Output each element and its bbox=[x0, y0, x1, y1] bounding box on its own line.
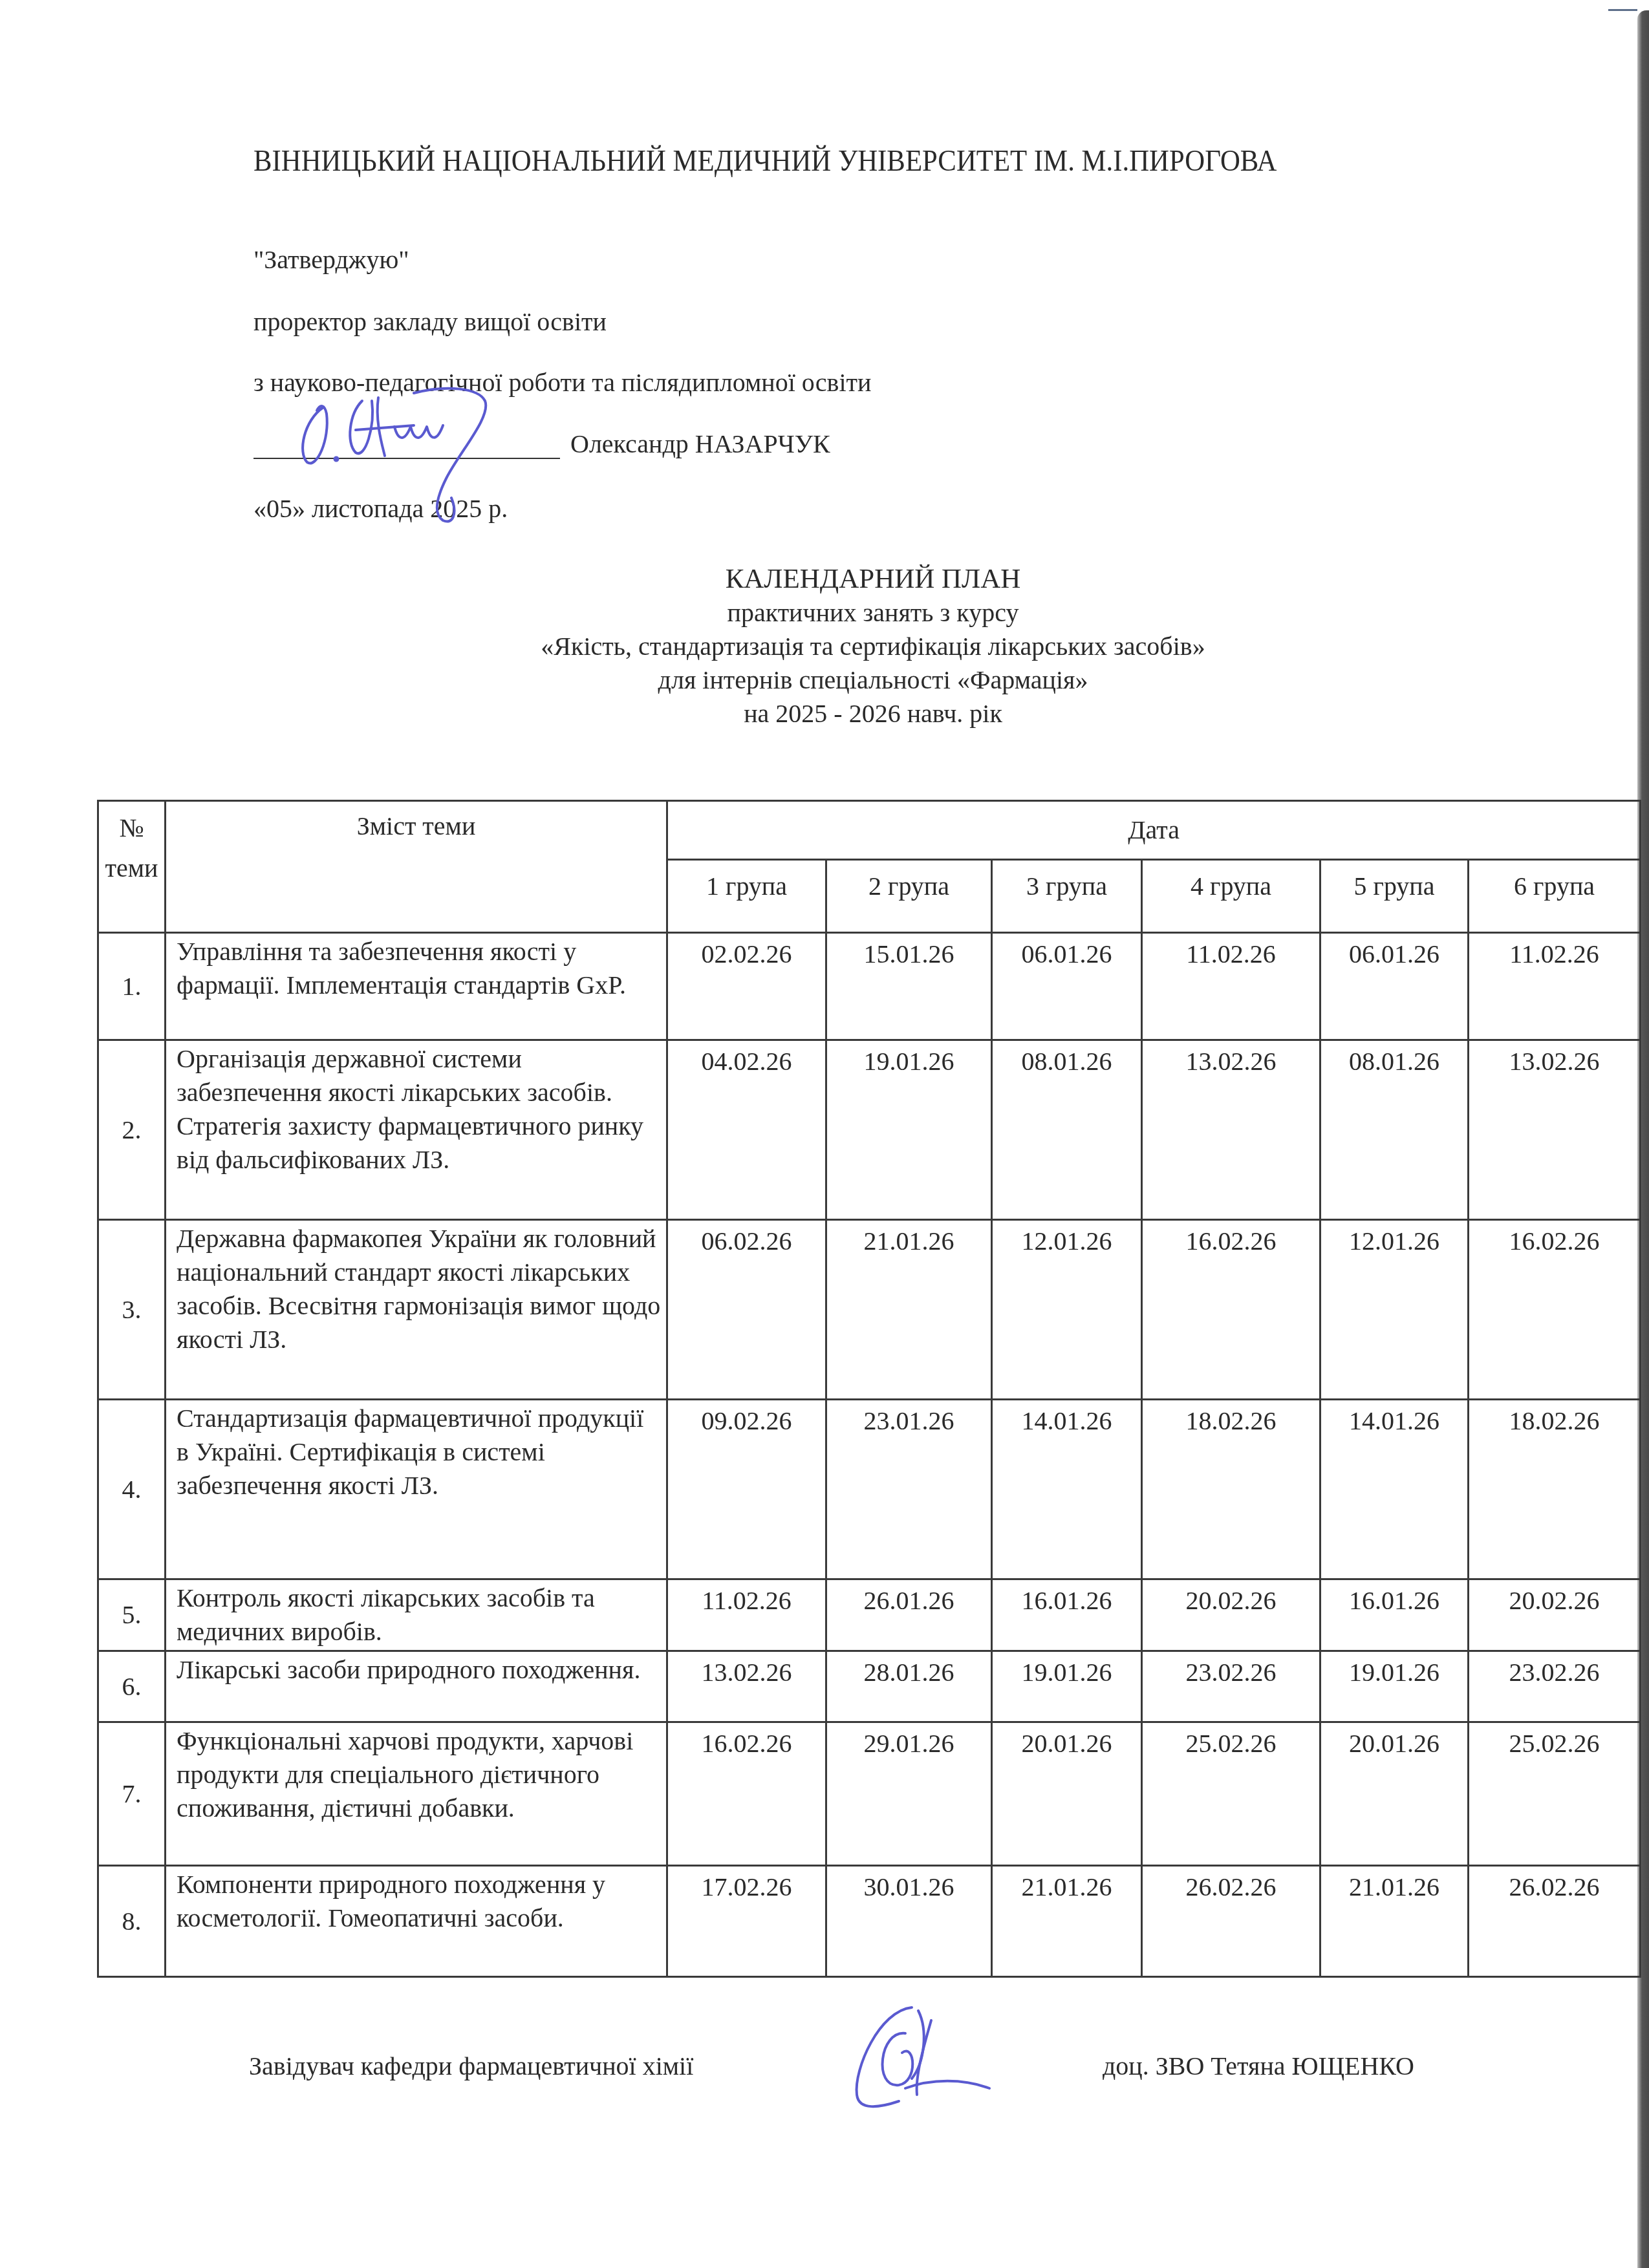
document-subtitle: практичних занять з курсу bbox=[420, 596, 1326, 630]
date-group-4: 18.02.26 bbox=[1142, 1400, 1320, 1579]
date-group-5: 19.01.26 bbox=[1320, 1651, 1469, 1722]
table-row: 6.Лікарські засоби природного походження… bbox=[98, 1651, 1641, 1722]
header-topic-number: № теми bbox=[98, 801, 166, 933]
academic-year: на 2025 - 2026 навч. рік bbox=[420, 697, 1326, 731]
footer-position: Завідувач кафедри фармацевтичної хімії bbox=[249, 2051, 693, 2081]
date-group-4: 13.02.26 bbox=[1142, 1040, 1320, 1220]
date-group-4: 20.02.26 bbox=[1142, 1579, 1320, 1651]
topic-number: 1. bbox=[98, 933, 166, 1040]
topic-number: 7. bbox=[98, 1722, 166, 1866]
date-group-6: 23.02.26 bbox=[1469, 1651, 1641, 1722]
header-group-4: 4 група bbox=[1142, 860, 1320, 933]
date-group-6: 18.02.26 bbox=[1469, 1400, 1641, 1579]
document-title-block: КАЛЕНДАРНИЙ ПЛАН практичних занять з кур… bbox=[420, 562, 1326, 731]
date-group-6: 13.02.26 bbox=[1469, 1040, 1641, 1220]
header-group-1: 1 група bbox=[667, 860, 826, 933]
topic-content: Функціональні харчові продукти, харчові … bbox=[166, 1722, 667, 1866]
table-row: 5.Контроль якості лікарських засобів та … bbox=[98, 1579, 1641, 1651]
table-row: 3.Державна фармакопея України як головни… bbox=[98, 1220, 1641, 1400]
topic-content: Контроль якості лікарських засобів та ме… bbox=[166, 1579, 667, 1651]
date-group-6: 20.02.26 bbox=[1469, 1579, 1641, 1651]
approver-name: Олександр НАЗАРЧУК bbox=[570, 429, 830, 459]
date-group-2: 30.01.26 bbox=[826, 1866, 992, 1977]
date-group-4: 11.02.26 bbox=[1142, 933, 1320, 1040]
date-group-1: 16.02.26 bbox=[667, 1722, 826, 1866]
header-group-5: 5 група bbox=[1320, 860, 1469, 933]
course-name: «Якість, стандартизація та сертифікація … bbox=[420, 630, 1326, 663]
date-group-3: 16.01.26 bbox=[992, 1579, 1142, 1651]
university-name-text: ВІННИЦЬКИЙ НАЦІОНАЛЬНИЙ МЕДИЧНИЙ УНІВЕРС… bbox=[253, 144, 1277, 178]
date-group-2: 15.01.26 bbox=[826, 933, 992, 1040]
topic-number: 4. bbox=[98, 1400, 166, 1579]
topic-number: 2. bbox=[98, 1040, 166, 1220]
date-group-1: 09.02.26 bbox=[667, 1400, 826, 1579]
date-group-2: 19.01.26 bbox=[826, 1040, 992, 1220]
date-group-5: 12.01.26 bbox=[1320, 1220, 1469, 1400]
topic-content: Лікарські засоби природного походження. bbox=[166, 1651, 667, 1722]
document-title: КАЛЕНДАРНИЙ ПЛАН bbox=[420, 562, 1326, 596]
date-group-3: 21.01.26 bbox=[992, 1866, 1142, 1977]
date-group-6: 16.02.26 bbox=[1469, 1220, 1641, 1400]
date-group-2: 23.01.26 bbox=[826, 1400, 992, 1579]
topic-number: 5. bbox=[98, 1579, 166, 1651]
date-group-1: 04.02.26 bbox=[667, 1040, 826, 1220]
date-group-3: 06.01.26 bbox=[992, 933, 1142, 1040]
date-group-3: 20.01.26 bbox=[992, 1722, 1142, 1866]
topic-content: Організація державної системи забезпечен… bbox=[166, 1040, 667, 1220]
table-header-row: № теми Зміст теми Дата bbox=[98, 801, 1641, 860]
table-row: 1.Управління та забезпечення якості у фа… bbox=[98, 933, 1641, 1040]
topic-number: 8. bbox=[98, 1866, 166, 1977]
approver-signature-icon bbox=[285, 381, 582, 530]
university-name: ВІННИЦЬКИЙ НАЦІОНАЛЬНИЙ МЕДИЧНИЙ УНІВЕРС… bbox=[253, 144, 1354, 178]
date-group-5: 14.01.26 bbox=[1320, 1400, 1469, 1579]
schedule-table: № теми Зміст теми Дата 1 група 2 група 3… bbox=[97, 800, 1641, 1978]
date-group-1: 13.02.26 bbox=[667, 1651, 826, 1722]
date-group-4: 25.02.26 bbox=[1142, 1722, 1320, 1866]
date-group-3: 08.01.26 bbox=[992, 1040, 1142, 1220]
date-group-5: 20.01.26 bbox=[1320, 1722, 1469, 1866]
topic-number: 3. bbox=[98, 1220, 166, 1400]
header-group-3: 3 група bbox=[992, 860, 1142, 933]
date-group-1: 17.02.26 bbox=[667, 1866, 826, 1977]
date-group-6: 25.02.26 bbox=[1469, 1722, 1641, 1866]
table-row: 8.Компоненти природного походження у кос… bbox=[98, 1866, 1641, 1977]
header-date: Дата bbox=[667, 801, 1641, 860]
topic-content: Стандартизація фармацевтичної продукції … bbox=[166, 1400, 667, 1579]
approve-word: "Затверджую" bbox=[253, 244, 409, 275]
date-group-5: 06.01.26 bbox=[1320, 933, 1469, 1040]
footer-name: доц. ЗВО Тетяна ЮЩЕНКО bbox=[1103, 2051, 1414, 2081]
topic-content: Управління та забезпечення якості у фарм… bbox=[166, 933, 667, 1040]
date-group-2: 21.01.26 bbox=[826, 1220, 992, 1400]
date-group-2: 28.01.26 bbox=[826, 1651, 992, 1722]
table-row: 2.Організація державної системи забезпеч… bbox=[98, 1040, 1641, 1220]
date-group-3: 14.01.26 bbox=[992, 1400, 1142, 1579]
date-group-6: 26.02.26 bbox=[1469, 1866, 1641, 1977]
date-group-3: 12.01.26 bbox=[992, 1220, 1142, 1400]
topic-number: 6. bbox=[98, 1651, 166, 1722]
header-group-6: 6 група bbox=[1469, 860, 1641, 933]
date-group-6: 11.02.26 bbox=[1469, 933, 1641, 1040]
topic-content: Державна фармакопея України як головний … bbox=[166, 1220, 667, 1400]
date-group-4: 16.02.26 bbox=[1142, 1220, 1320, 1400]
table-body: 1.Управління та забезпечення якості у фа… bbox=[98, 933, 1641, 1977]
date-group-2: 29.01.26 bbox=[826, 1722, 992, 1866]
date-group-4: 26.02.26 bbox=[1142, 1866, 1320, 1977]
date-group-5: 21.01.26 bbox=[1320, 1866, 1469, 1977]
date-group-5: 16.01.26 bbox=[1320, 1579, 1469, 1651]
date-group-5: 08.01.26 bbox=[1320, 1040, 1469, 1220]
date-group-1: 02.02.26 bbox=[667, 933, 826, 1040]
head-signature-icon bbox=[841, 2004, 1073, 2121]
date-group-1: 11.02.26 bbox=[667, 1579, 826, 1651]
approver-position-line1: проректор закладу вищої освіти bbox=[253, 306, 607, 337]
audience: для інтернів спеціальності «Фармація» bbox=[420, 663, 1326, 697]
table-row: 7.Функціональні харчові продукти, харчов… bbox=[98, 1722, 1641, 1866]
scanner-edge-top bbox=[1608, 9, 1637, 11]
table-row: 4.Стандартизація фармацевтичної продукці… bbox=[98, 1400, 1641, 1579]
header-topic-content: Зміст теми bbox=[166, 801, 667, 933]
header-group-2: 2 група bbox=[826, 860, 992, 933]
date-group-1: 06.02.26 bbox=[667, 1220, 826, 1400]
date-group-3: 19.01.26 bbox=[992, 1651, 1142, 1722]
topic-content: Компоненти природного походження у косме… bbox=[166, 1866, 667, 1977]
date-group-2: 26.01.26 bbox=[826, 1579, 992, 1651]
date-group-4: 23.02.26 bbox=[1142, 1651, 1320, 1722]
